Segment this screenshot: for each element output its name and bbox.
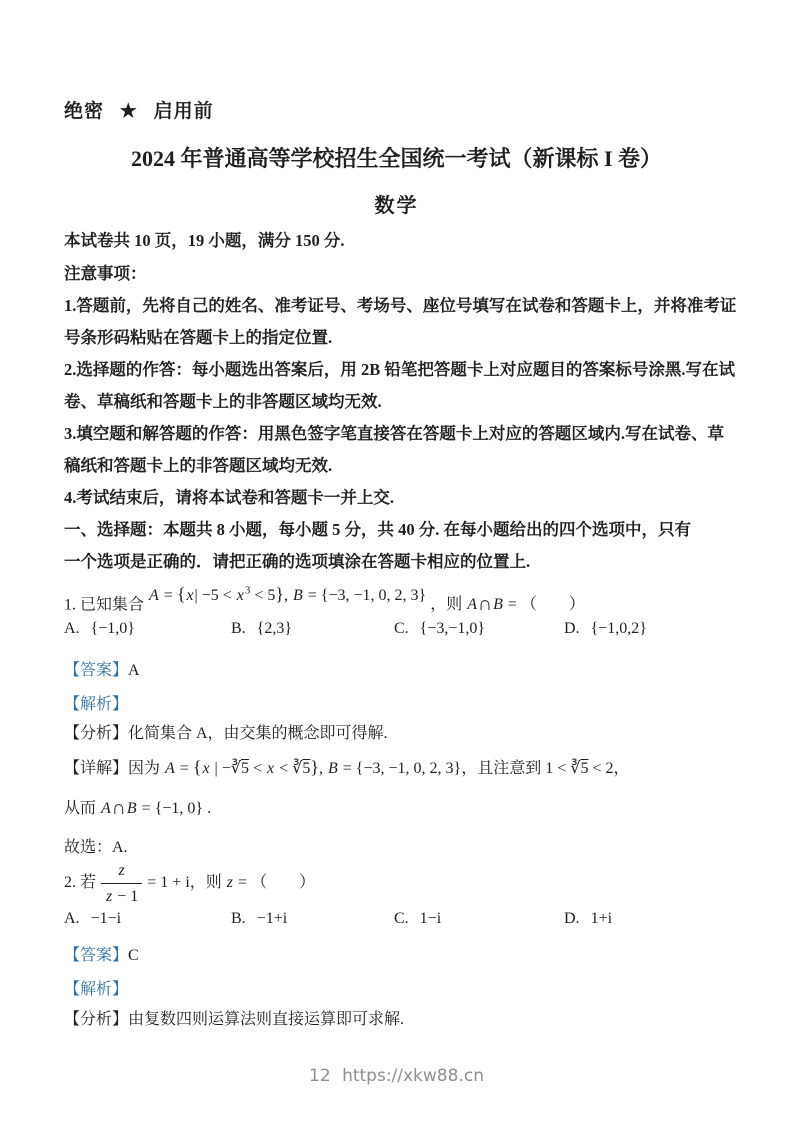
notice-line: 4.考试结束后，请将本试卷和答题卡一并上交. xyxy=(64,482,732,514)
question-2-fenxi-line: 【分析】由复数四则运算法则直接运算即可求解. xyxy=(64,1008,732,1032)
option-value: −1+i xyxy=(257,910,288,927)
pre-use-label: 启用前 xyxy=(154,101,214,122)
option-letter: B. xyxy=(231,620,246,637)
option-b[interactable]: B.−1+i xyxy=(231,910,394,928)
notice-item-3: 3.填空题和解答题的作答：用黑色签字笔直接答在答题卡上对应的答题区域内.写在试卷… xyxy=(64,418,732,482)
page-number: 12 xyxy=(309,1066,331,1086)
question-2-options: A.−1−i B.−1+i C.1−i D.1+i xyxy=(64,910,732,928)
option-c[interactable]: C.1−i xyxy=(394,910,564,928)
section-header-line: 一个选项是正确的．请把正确的选项填涂在答题卡相应的位置上. xyxy=(64,546,732,578)
paper-info: 本试卷共 10 页，19 小题，满分 150 分. xyxy=(64,225,732,257)
option-value: {−1,0} xyxy=(91,620,135,637)
notice-item-4: 4.考试结束后，请将本试卷和答题卡一并上交. xyxy=(64,482,732,514)
section-header-line: 一、选择题：本题共 8 小题，每小题 5 分，共 40 分. 在每小题给出的四个… xyxy=(64,514,732,546)
option-value: {−1,0,2} xyxy=(591,620,647,637)
question-2-suffix: = 1 + i，则 z = （ ） xyxy=(147,871,315,895)
section-header: 一、选择题：本题共 8 小题，每小题 5 分，共 40 分. 在每小题给出的四个… xyxy=(64,514,732,578)
option-letter: C. xyxy=(394,620,409,637)
question-1-stem: 1. 已知集合 A = {x| −5 < x3 < 5}, B = {−3, −… xyxy=(64,588,732,617)
question-1-formula: A = {x| −5 < x3 < 5}, B = {−3, −1, 0, 2,… xyxy=(148,587,426,604)
answer-label: 【答案】 xyxy=(64,947,128,964)
question-1-suffix: ，则 A∩B = （ ） xyxy=(430,596,585,613)
option-letter: D. xyxy=(564,910,580,927)
star-icon: ★ xyxy=(120,101,138,122)
watermark-url[interactable]: https://xkw88.cn xyxy=(342,1066,484,1086)
question-1-choice-line: 故选：A. xyxy=(64,836,732,860)
answer-value: C xyxy=(128,947,139,964)
page-footer: 12 https://xkw88.cn xyxy=(0,1066,793,1086)
question-1-jiexi-line: 【解析】 xyxy=(64,691,732,714)
option-value: 1−i xyxy=(420,910,441,927)
notice-item-2: 2.选择题的作答：每小题选出答案后，用 2B 铅笔把答题卡上对应题目的答案标号涂… xyxy=(64,354,732,418)
question-1-answer-line: 【答案】A xyxy=(64,657,732,680)
question-1-number-lead: 1. 已知集合 xyxy=(64,596,148,613)
option-letter: B. xyxy=(231,910,246,927)
option-a[interactable]: A.{−1,0} xyxy=(64,620,231,638)
option-letter: D. xyxy=(564,620,580,637)
option-letter: C. xyxy=(394,910,409,927)
notice-line: 卷、草稿纸和答题卡上的非答题区域均无效. xyxy=(64,386,732,418)
question-1-options: A.{−1,0} B.{2,3} C.{−3,−1,0} D.{−1,0,2} xyxy=(64,620,732,638)
notice-line: 3.填空题和解答题的作答：用黑色签字笔直接答在答题卡上对应的答题区域内.写在试卷… xyxy=(64,418,732,450)
notice-line: 1.答题前，先将自己的姓名、准考证号、考场号、座位号填写在试卷和答题卡上，并将准… xyxy=(64,290,732,322)
option-d[interactable]: D.1+i xyxy=(564,910,732,928)
fraction: z z − 1 xyxy=(101,860,142,907)
notice-title: 注意事项： xyxy=(64,258,732,290)
jiexi-label: 【解析】 xyxy=(64,981,128,998)
question-1-xiangjie-line: 【详解】因为 A = {x | −∛5 < x < ∛5}, B = {−3, … xyxy=(64,755,732,781)
fraction-denominator: z − 1 xyxy=(101,884,142,907)
exam-document-page: 绝密 ★ 启用前 2024 年普通高等学校招生全国统一考试（新课标 I 卷） 数… xyxy=(0,0,793,1122)
answer-value: A xyxy=(128,662,140,679)
notice-line: 号条形码粘贴在答题卡上的指定位置. xyxy=(64,322,732,354)
fraction-numerator: z xyxy=(101,860,142,884)
question-2-jiexi-line: 【解析】 xyxy=(64,976,732,999)
classification-header: 绝密 ★ 启用前 xyxy=(64,96,732,123)
notice-item-1: 1.答题前，先将自己的姓名、准考证号、考场号、座位号填写在试卷和答题卡上，并将准… xyxy=(64,290,732,354)
option-a[interactable]: A.−1−i xyxy=(64,910,231,928)
question-2-number-lead: 2. 若 xyxy=(64,871,96,895)
notice-line: 2.选择题的作答：每小题选出答案后，用 2B 铅笔把答题卡上对应题目的答案标号涂… xyxy=(64,354,732,386)
question-1-conclusion-line: 从而 A∩B = {−1, 0} . xyxy=(64,797,732,821)
question-2-answer-line: 【答案】C xyxy=(64,942,732,965)
subject-title: 数学 xyxy=(0,189,793,218)
option-c[interactable]: C.{−3,−1,0} xyxy=(394,620,564,638)
option-letter: A. xyxy=(64,620,80,637)
option-value: {−3,−1,0} xyxy=(420,620,485,637)
option-letter: A. xyxy=(64,910,80,927)
option-value: {2,3} xyxy=(257,620,292,637)
option-value: 1+i xyxy=(591,910,612,927)
question-1-fenxi-line: 【分析】化简集合 A，由交集的概念即可得解. xyxy=(64,722,732,746)
jiexi-label: 【解析】 xyxy=(64,696,128,713)
notice-line: 稿纸和答题卡上的非答题区域均无效. xyxy=(64,450,732,482)
option-d[interactable]: D.{−1,0,2} xyxy=(564,620,732,638)
answer-label: 【答案】 xyxy=(64,662,128,679)
option-b[interactable]: B.{2,3} xyxy=(231,620,394,638)
question-2-stem: 2. 若 z z − 1 = 1 + i，则 z = （ ） xyxy=(64,860,732,906)
classification-label: 绝密 xyxy=(64,101,104,122)
exam-title: 2024 年普通高等学校招生全国统一考试（新课标 I 卷） xyxy=(0,142,793,173)
option-value: −1−i xyxy=(91,910,122,927)
